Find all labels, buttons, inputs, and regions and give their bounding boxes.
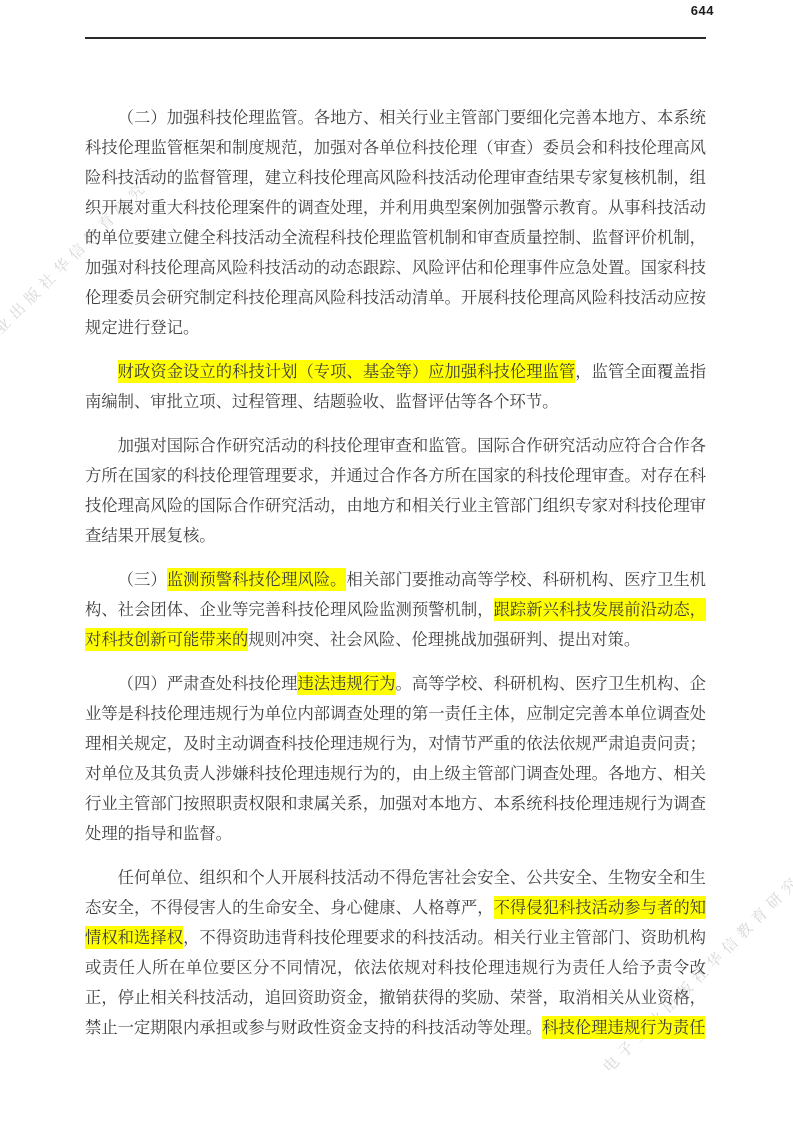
text-run: 加强对国际合作研究活动的科技伦理审查和监管。国际合作研究活动应符合合作各方所在国… [85, 436, 706, 545]
text-run: （四）严肃查处科技伦理 [118, 674, 298, 693]
text-run: 规则冲突、社会风险、伦理挑战加强研判、提出对策。 [248, 630, 640, 649]
highlighted-text: 违法违规行为 [297, 672, 395, 695]
text-run: （二）加强科技伦理监管。各地方、相关行业主管部门要细化完善本地方、本系统科技伦理… [85, 108, 706, 337]
paragraph: 加强对国际合作研究活动的科技伦理审查和监管。国际合作研究活动应符合合作各方所在国… [85, 431, 706, 551]
highlighted-text: 监测预警科技伦理风险。 [167, 568, 347, 591]
text-run: 。高等学校、科研机构、医疗卫生机构、企业等是科技伦理违规行为单位内部调查处理的第… [85, 674, 706, 843]
paragraph: （三）监测预警科技伦理风险。相关部门要推动高等学校、科研机构、医疗卫生机构、社会… [85, 565, 706, 655]
document-page: 电子工业出版社华信教育研究所 电子工业出版社华信教育研究所 644 （二）加强科… [0, 0, 793, 1122]
header-rule [85, 37, 706, 39]
highlighted-text: 科技伦理违规行为责任 [542, 1016, 705, 1039]
text-run: （三） [118, 570, 167, 589]
paragraph: 任何单位、组织和个人开展科技活动不得危害社会安全、公共安全、生物安全和生态安全，… [85, 863, 706, 1043]
page-number: 644 [691, 3, 714, 18]
paragraph: （二）加强科技伦理监管。各地方、相关行业主管部门要细化完善本地方、本系统科技伦理… [85, 103, 706, 343]
highlighted-text: 财政资金设立的科技计划（专项、基金等）应加强科技伦理监管 [118, 360, 576, 383]
paragraph: （四）严肃查处科技伦理违法违规行为。高等学校、科研机构、医疗卫生机构、企业等是科… [85, 669, 706, 849]
document-body: （二）加强科技伦理监管。各地方、相关行业主管部门要细化完善本地方、本系统科技伦理… [85, 103, 706, 1057]
paragraph: 财政资金设立的科技计划（专项、基金等）应加强科技伦理监管，监管全面覆盖指南编制、… [85, 357, 706, 417]
